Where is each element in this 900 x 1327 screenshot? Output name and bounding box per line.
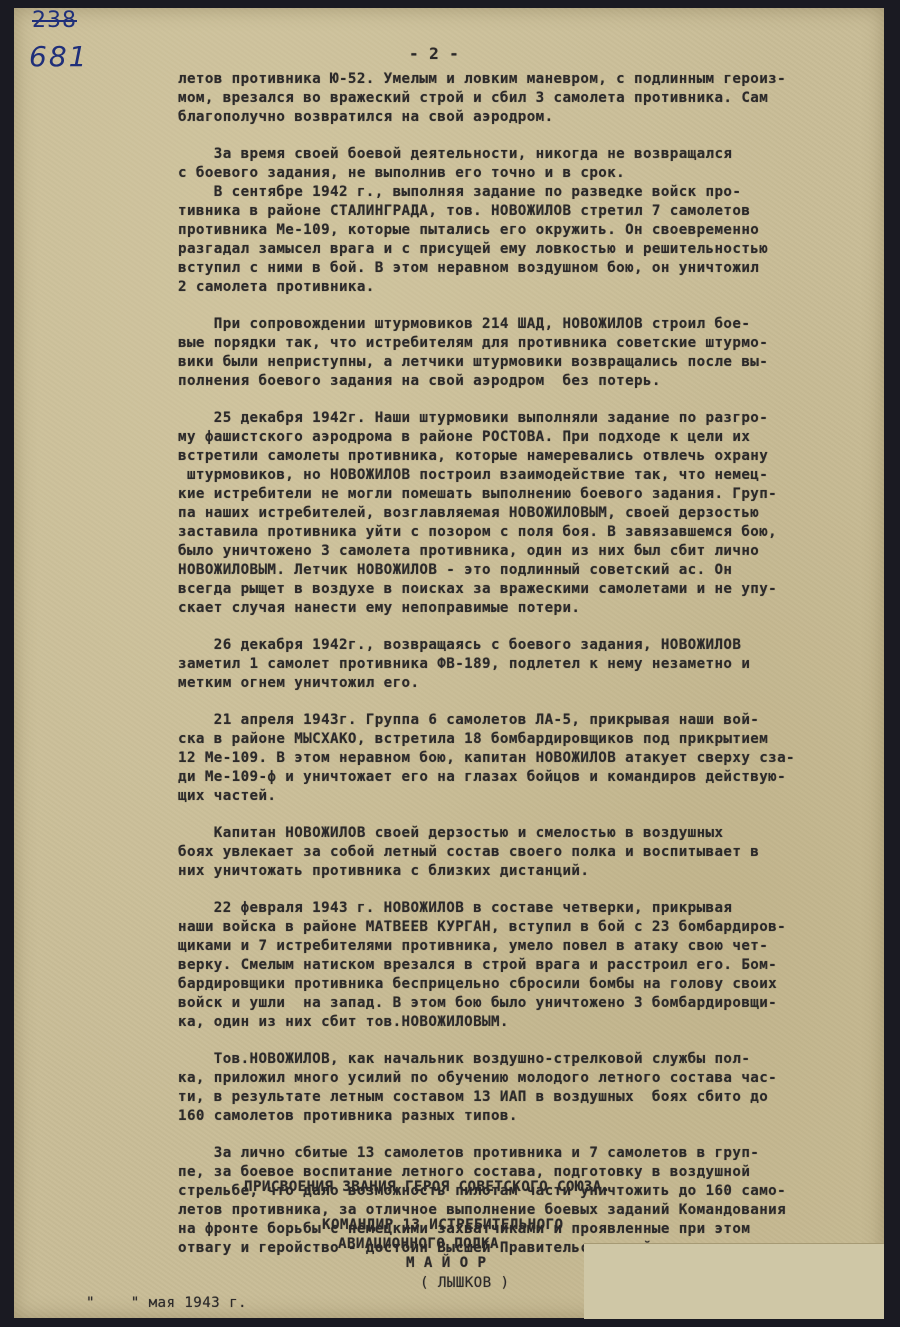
text-line: 2 самолета противника. xyxy=(178,278,878,297)
page-number: - 2 - xyxy=(409,44,459,63)
text-line: полнения боевого задания на свой аэродро… xyxy=(178,372,878,391)
text-line: НОВОЖИЛОВЫМ. Летчик НОВОЖИЛОВ - это подл… xyxy=(178,561,878,580)
text-line: ска в районе МЫСХАКО, встретила 18 бомба… xyxy=(178,730,878,749)
archive-number-handwritten: 681 xyxy=(29,40,88,73)
paragraph: 22 февраля 1943 г. НОВОЖИЛОВ в составе ч… xyxy=(178,899,878,1032)
text-line: скает случая нанести ему непоправимые по… xyxy=(178,599,878,618)
text-line: За время своей боевой деятельности, нико… xyxy=(178,145,878,164)
text-line: За лично сбитые 13 самолетов противника … xyxy=(178,1144,878,1163)
text-line: бардировщики противника бесприцельно сбр… xyxy=(178,975,878,994)
text-line: 25 декабря 1942г. Наши штурмовики выполн… xyxy=(178,409,878,428)
paragraph: 26 декабря 1942г., возвращаясь с боевого… xyxy=(178,636,878,693)
text-line: ти, в результате летным составом 13 ИАП … xyxy=(178,1088,878,1107)
text-line: заставила противника уйти с позором с по… xyxy=(178,523,878,542)
text-line: тивника в районе СТАЛИНГРАДА, тов. НОВОЖ… xyxy=(178,202,878,221)
text-line: му фашистского аэродрома в районе РОСТОВ… xyxy=(178,428,878,447)
text-line: них уничтожать противника с близких дист… xyxy=(178,862,878,881)
text-line: летов противника Ю-52. Умелым и ловким м… xyxy=(178,70,878,89)
conclusion-line: ПРИСВОЕНИЯ ЗВАНИЯ ГЕРОЯ СОВЕТСКОГО СОЮЗА… xyxy=(244,1178,611,1196)
text-line: всегда рыщет в воздухе в поисках за враж… xyxy=(178,580,878,599)
text-line: штурмовиков, но НОВОЖИЛОВ построил взаим… xyxy=(178,466,878,485)
text-line: 160 самолетов противника разных типов. xyxy=(178,1107,878,1126)
text-line: заметил 1 самолет противника ФВ-189, под… xyxy=(178,655,878,674)
signature-title-line1: КОМАНДИР 13 ИСТРЕБИТЕЛЬНОГО xyxy=(322,1216,563,1234)
text-line: противника Ме-109, которые пытались его … xyxy=(178,221,878,240)
paragraph: летов противника Ю-52. Умелым и ловким м… xyxy=(178,70,878,127)
text-line: верку. Смелым натиском врезался в строй … xyxy=(178,956,878,975)
text-line: войск и ушли на запад. В этом бою было у… xyxy=(178,994,878,1013)
text-line: 21 апреля 1943г. Группа 6 самолетов ЛА-5… xyxy=(178,711,878,730)
paragraph: Капитан НОВОЖИЛОВ своей дерзостью и смел… xyxy=(178,824,878,881)
document-page: 238 681 - 2 - летов противника Ю-52. Уме… xyxy=(14,8,884,1318)
text-line: мом, врезался во вражеский строй и сбил … xyxy=(178,89,878,108)
signature-rank: М А Й О Р xyxy=(406,1254,486,1272)
archive-number-old: 238 xyxy=(32,8,77,33)
text-line: метким огнем уничтожил его. xyxy=(178,674,878,693)
text-line: ди Ме-109-ф и уничтожает его на глазах б… xyxy=(178,768,878,787)
text-line: В сентябре 1942 г., выполняя задание по … xyxy=(178,183,878,202)
paragraph: За лично сбитые 13 самолетов противника … xyxy=(178,1144,878,1258)
text-line: 26 декабря 1942г., возвращаясь с боевого… xyxy=(178,636,878,655)
text-line: па наших истребителей, возглавляемая НОВ… xyxy=(178,504,878,523)
text-line: разгадал замысел врага и с присущей ему … xyxy=(178,240,878,259)
text-line: благополучно возвратился на свой аэродро… xyxy=(178,108,878,127)
text-line: ка, приложил много усилий по обучению мо… xyxy=(178,1069,878,1088)
text-line: с боевого задания, не выполнив его точно… xyxy=(178,164,878,183)
text-line: 22 февраля 1943 г. НОВОЖИЛОВ в составе ч… xyxy=(178,899,878,918)
text-line: щих частей. xyxy=(178,787,878,806)
text-line: встретили самолеты противника, которые н… xyxy=(178,447,878,466)
text-line: Тов.НОВОЖИЛОВ, как начальник воздушно-ст… xyxy=(178,1050,878,1069)
paper-patch xyxy=(584,1243,884,1319)
text-line: щиками и 7 истребителями противника, уме… xyxy=(178,937,878,956)
text-line: Капитан НОВОЖИЛОВ своей дерзостью и смел… xyxy=(178,824,878,843)
text-line: При сопровождении штурмовиков 214 ШАД, Н… xyxy=(178,315,878,334)
text-line: 12 Ме-109. В этом неравном бою, капитан … xyxy=(178,749,878,768)
text-line: боях увлекает за собой летный состав сво… xyxy=(178,843,878,862)
document-body: летов противника Ю-52. Умелым и ловким м… xyxy=(178,70,878,1276)
document-date: " " мая 1943 г. xyxy=(86,1295,247,1311)
paragraph: За время своей боевой деятельности, нико… xyxy=(178,145,878,297)
paragraph: 25 декабря 1942г. Наши штурмовики выполн… xyxy=(178,409,878,618)
paragraph: Тов.НОВОЖИЛОВ, как начальник воздушно-ст… xyxy=(178,1050,878,1126)
text-line: вики были неприступны, а летчики штурмов… xyxy=(178,353,878,372)
text-line: наши войска в районе МАТВЕЕВ КУРГАН, вст… xyxy=(178,918,878,937)
text-line: вступил с ними в бой. В этом неравном во… xyxy=(178,259,878,278)
signature-name: ( ЛЫШКОВ ) xyxy=(420,1274,509,1292)
text-line: ка, один из них сбит тов.НОВОЖИЛОВЫМ. xyxy=(178,1013,878,1032)
text-line: кие истребители не могли помешать выполн… xyxy=(178,485,878,504)
paragraph: При сопровождении штурмовиков 214 ШАД, Н… xyxy=(178,315,878,391)
signature-title-line2: АВИАЦИОННОГО ПОЛКА xyxy=(338,1235,499,1253)
text-line: было уничтожено 3 самолета противника, о… xyxy=(178,542,878,561)
text-line: вые порядки так, что истребителям для пр… xyxy=(178,334,878,353)
paragraph: 21 апреля 1943г. Группа 6 самолетов ЛА-5… xyxy=(178,711,878,806)
